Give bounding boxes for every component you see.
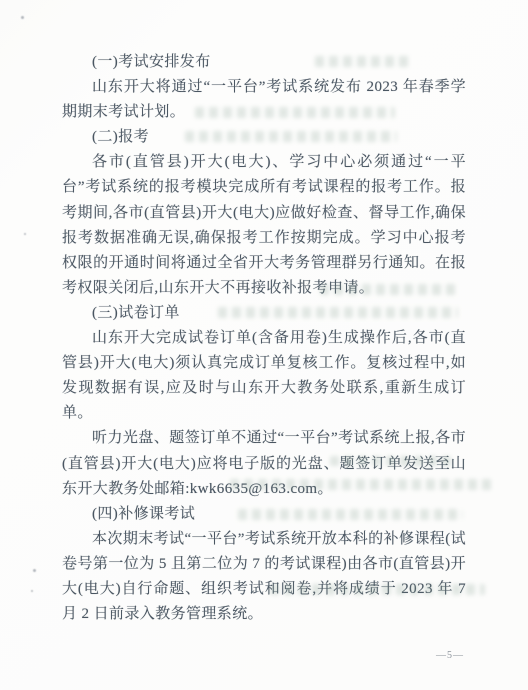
scan-speck — [33, 569, 36, 572]
section-heading-3: (三)试卷订单 — [62, 301, 466, 326]
document-body: (一)考试安排发布 山东开大将通过“一平台”考试系统发布 2023 年春季学期期… — [62, 50, 466, 627]
section-heading-4: (四)补修课考试 — [62, 502, 466, 527]
paragraph: 山东开大完成试卷订单(含备用卷)生成操作后,各市(直管县)开大(电大)须认真完成… — [62, 326, 466, 426]
paragraph: 本次期末考试“一平台”考试系统开放本科的补修课程(试卷号第一位为 5 且第二位为… — [62, 527, 466, 627]
paragraph: 听力光盘、题签订单不通过“一平台”考试系统上报,各市(直管县)开大(电大)应将电… — [62, 426, 466, 501]
section-heading-1: (一)考试安排发布 — [62, 50, 466, 75]
scan-speck — [24, 233, 26, 235]
page-number: —5— — [430, 650, 470, 661]
paragraph: 各市(直管县)开大(电大)、学习中心必须通过“一平台”考试系统的报考模块完成所有… — [62, 150, 466, 301]
section-heading-2: (二)报考 — [62, 125, 466, 150]
scanned-document-page: (一)考试安排发布 山东开大将通过“一平台”考试系统发布 2023 年春季学期期… — [0, 0, 528, 690]
paragraph: 山东开大将通过“一平台”考试系统发布 2023 年春季学期期末考试计划。 — [62, 75, 466, 125]
scan-speck — [21, 16, 24, 19]
scan-speck — [31, 590, 33, 592]
